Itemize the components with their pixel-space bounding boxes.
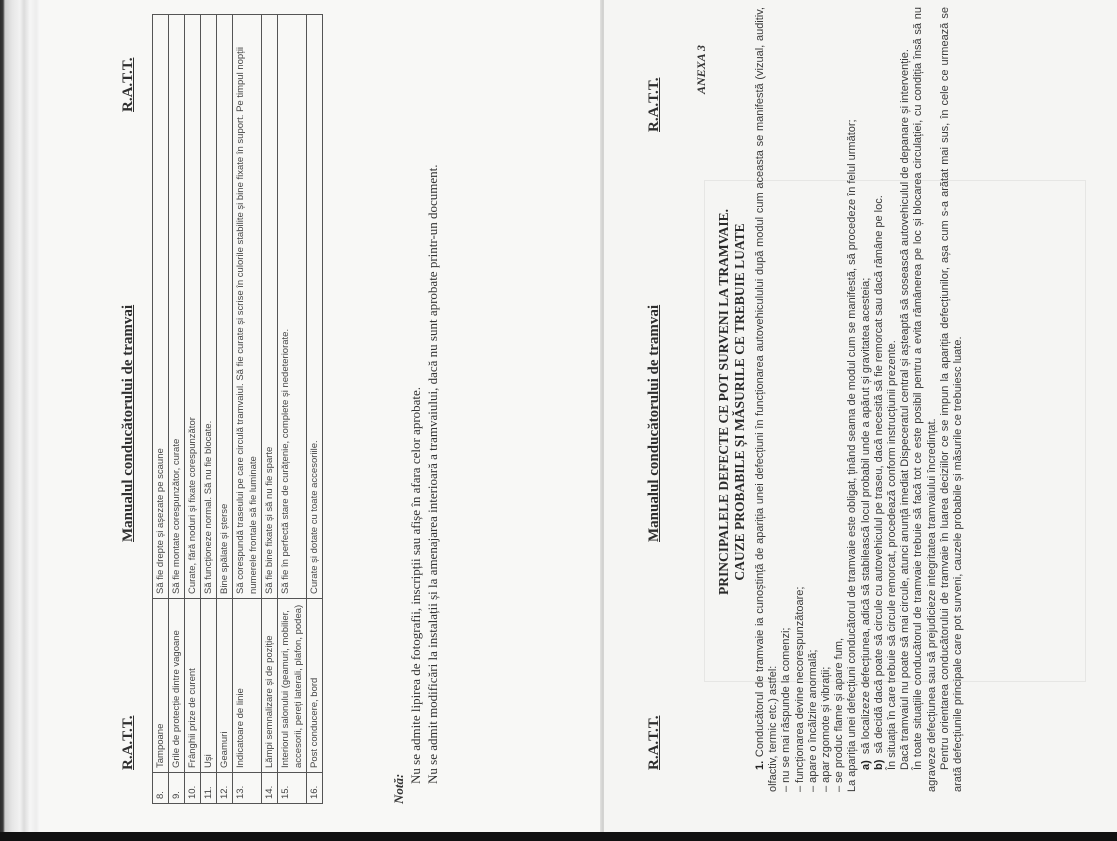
- annex-label: ANEXA 3: [694, 45, 709, 94]
- table-row: 13.Indicatoare de linieSă corespundă tra…: [233, 15, 262, 804]
- symptom-list: – nu se mai răspunde la comenzi;– funcți…: [780, 7, 846, 792]
- row-number: 9.: [169, 773, 185, 804]
- row-requirement: Să fie în perfectă stare de curățenie, c…: [278, 15, 307, 599]
- row-element: Tampoane: [153, 599, 169, 773]
- left-page-content: R.A.T.T. Manualul conducătorului de tram…: [40, 0, 602, 832]
- row-requirement: Să corespundă traseului pe care circulă …: [233, 15, 262, 599]
- left-header-org-right: R.A.T.T.: [120, 58, 137, 112]
- table-row: 12.GeamuriBine spălate și șterse: [217, 15, 233, 804]
- row-requirement: Bine spălate și șterse: [217, 15, 233, 599]
- intro-text: Conducătorul de tramvaie ia cunoștință d…: [754, 7, 779, 792]
- book-spine: [0, 0, 40, 832]
- body-paragraph: În toate situațiile conducătorul de tram…: [912, 7, 938, 792]
- row-requirement: Curate și dotate cu toate accesoriile.: [307, 15, 323, 599]
- body-paragraph: Pentru orientarea conducătorului de tram…: [939, 7, 965, 792]
- procedure-step: a) să localizeze defecțiunea, adică să s…: [860, 7, 873, 792]
- row-element: Frânghii prize de curent: [185, 599, 201, 773]
- row-requirement: Să fie drepte și așezate pe scaune: [153, 15, 169, 599]
- left-header-title: Manualul conducătorului de tramvai: [120, 305, 137, 542]
- row-number: 15.: [278, 773, 307, 804]
- row-number: 11.: [201, 773, 217, 804]
- symptom-item: – apar zgomote și vibrații;: [820, 7, 833, 792]
- section-number: 1.: [754, 761, 766, 770]
- note-line-2: Nu se admit modificări la instalații și …: [424, 14, 441, 804]
- row-number: 14.: [262, 773, 278, 804]
- step-text: să localizeze defecțiunea, adică să stab…: [860, 278, 872, 754]
- symptom-item: – nu se mai răspunde la comenzi;: [780, 7, 793, 792]
- row-requirement: Să fie bine fixate și să nu fie sparte: [262, 15, 278, 599]
- row-element: Uși: [201, 599, 217, 773]
- left-header-org: R.A.T.T.: [120, 716, 137, 770]
- row-element: Post conducere, bord: [307, 599, 323, 773]
- step-text: să decidă dacă poate să circule cu autov…: [873, 195, 885, 753]
- row-number: 16.: [307, 773, 323, 804]
- table-row: 8.TampoaneSă fie drepte și așezate pe sc…: [153, 15, 169, 804]
- body-paragraph: În situația în care trebuie să circule r…: [886, 7, 899, 792]
- step-label: b): [873, 760, 885, 770]
- step-list: a) să localizeze defecțiunea, adică să s…: [860, 7, 886, 792]
- procedure-intro: La apariția unei defecțiuni conducătorul…: [846, 7, 859, 792]
- symptom-item: – funcționarea devine necorespunzătoare;: [794, 7, 807, 792]
- procedure-step: b) să decidă dacă poate să circule cu au…: [873, 7, 886, 792]
- row-element: Indicatoare de linie: [233, 599, 262, 773]
- row-element: Grile de protecție dintre vagoane: [169, 599, 185, 773]
- row-number: 12.: [217, 773, 233, 804]
- table-row: 10.Frânghii prize de curentCurate, fără …: [185, 15, 201, 804]
- table-row: 16.Post conducere, bordCurate și dotate …: [307, 15, 323, 804]
- right-header-title: Manualul conducătorului de tramvai: [646, 305, 663, 542]
- symptom-item: – apare o încălzire anormală;: [807, 7, 820, 792]
- paragraph-list: În situația în care trebuie să circule r…: [886, 7, 965, 792]
- body-text: 1. Conducătorul de tramvaie ia cunoștinț…: [754, 7, 965, 792]
- row-element: Lămpi semnalizare și de poziție: [262, 599, 278, 773]
- row-element: Interiorul salonului (geamuri, mobilier,…: [278, 599, 307, 773]
- right-page-content: R.A.T.T. Manualul conducătorului de tram…: [604, 0, 1117, 832]
- row-number: 13.: [233, 773, 262, 804]
- body-paragraph: Dacă tramvaiul nu poate să mai circule, …: [899, 7, 912, 792]
- note-title: Notă:: [390, 14, 407, 804]
- right-header-org-right: R.A.T.T.: [646, 78, 663, 132]
- table-row: 11.UșiSă funcționeze normal. Să nu fie b…: [201, 15, 217, 804]
- title-line-2: CAUZE PROBABILE ȘI MĂSURILE CE TREBUIE L…: [732, 62, 748, 742]
- table-row: 14.Lămpi semnalizare și de pozițieSă fie…: [262, 15, 278, 804]
- row-number: 8.: [153, 773, 169, 804]
- scan-edge: [0, 832, 1117, 841]
- right-page: R.A.T.T. Manualul conducătorului de tram…: [604, 0, 1117, 832]
- left-page: R.A.T.T. Manualul conducătorului de tram…: [40, 0, 602, 832]
- title-line-1: PRINCIPALELE DEFECTE CE POT SURVENI LA T…: [716, 62, 732, 742]
- note-line-1: Nu se admite lipirea de fotografii, insc…: [407, 14, 424, 804]
- row-requirement: Să funcționeze normal. Să nu fie blocate…: [201, 15, 217, 599]
- inspection-table: 8.TampoaneSă fie drepte și așezate pe sc…: [152, 14, 323, 804]
- right-header-org: R.A.T.T.: [646, 716, 663, 770]
- symptom-item: – se produc flame și apare fum,: [833, 7, 846, 792]
- intro-paragraph: 1. Conducătorul de tramvaie ia cunoștinț…: [754, 7, 780, 792]
- row-requirement: Să fie montate corespunzător, curate: [169, 15, 185, 599]
- table-row: 9.Grile de protecție dintre vagoaneSă fi…: [169, 15, 185, 804]
- note-block: Notă: Nu se admite lipirea de fotografii…: [390, 14, 441, 804]
- document-title: PRINCIPALELE DEFECTE CE POT SURVENI LA T…: [716, 62, 748, 742]
- table-row: 15.Interiorul salonului (geamuri, mobili…: [278, 15, 307, 804]
- row-element: Geamuri: [217, 599, 233, 773]
- row-requirement: Curate, fără noduri și fixate corespunză…: [185, 15, 201, 599]
- row-number: 10.: [185, 773, 201, 804]
- step-label: a): [860, 760, 872, 770]
